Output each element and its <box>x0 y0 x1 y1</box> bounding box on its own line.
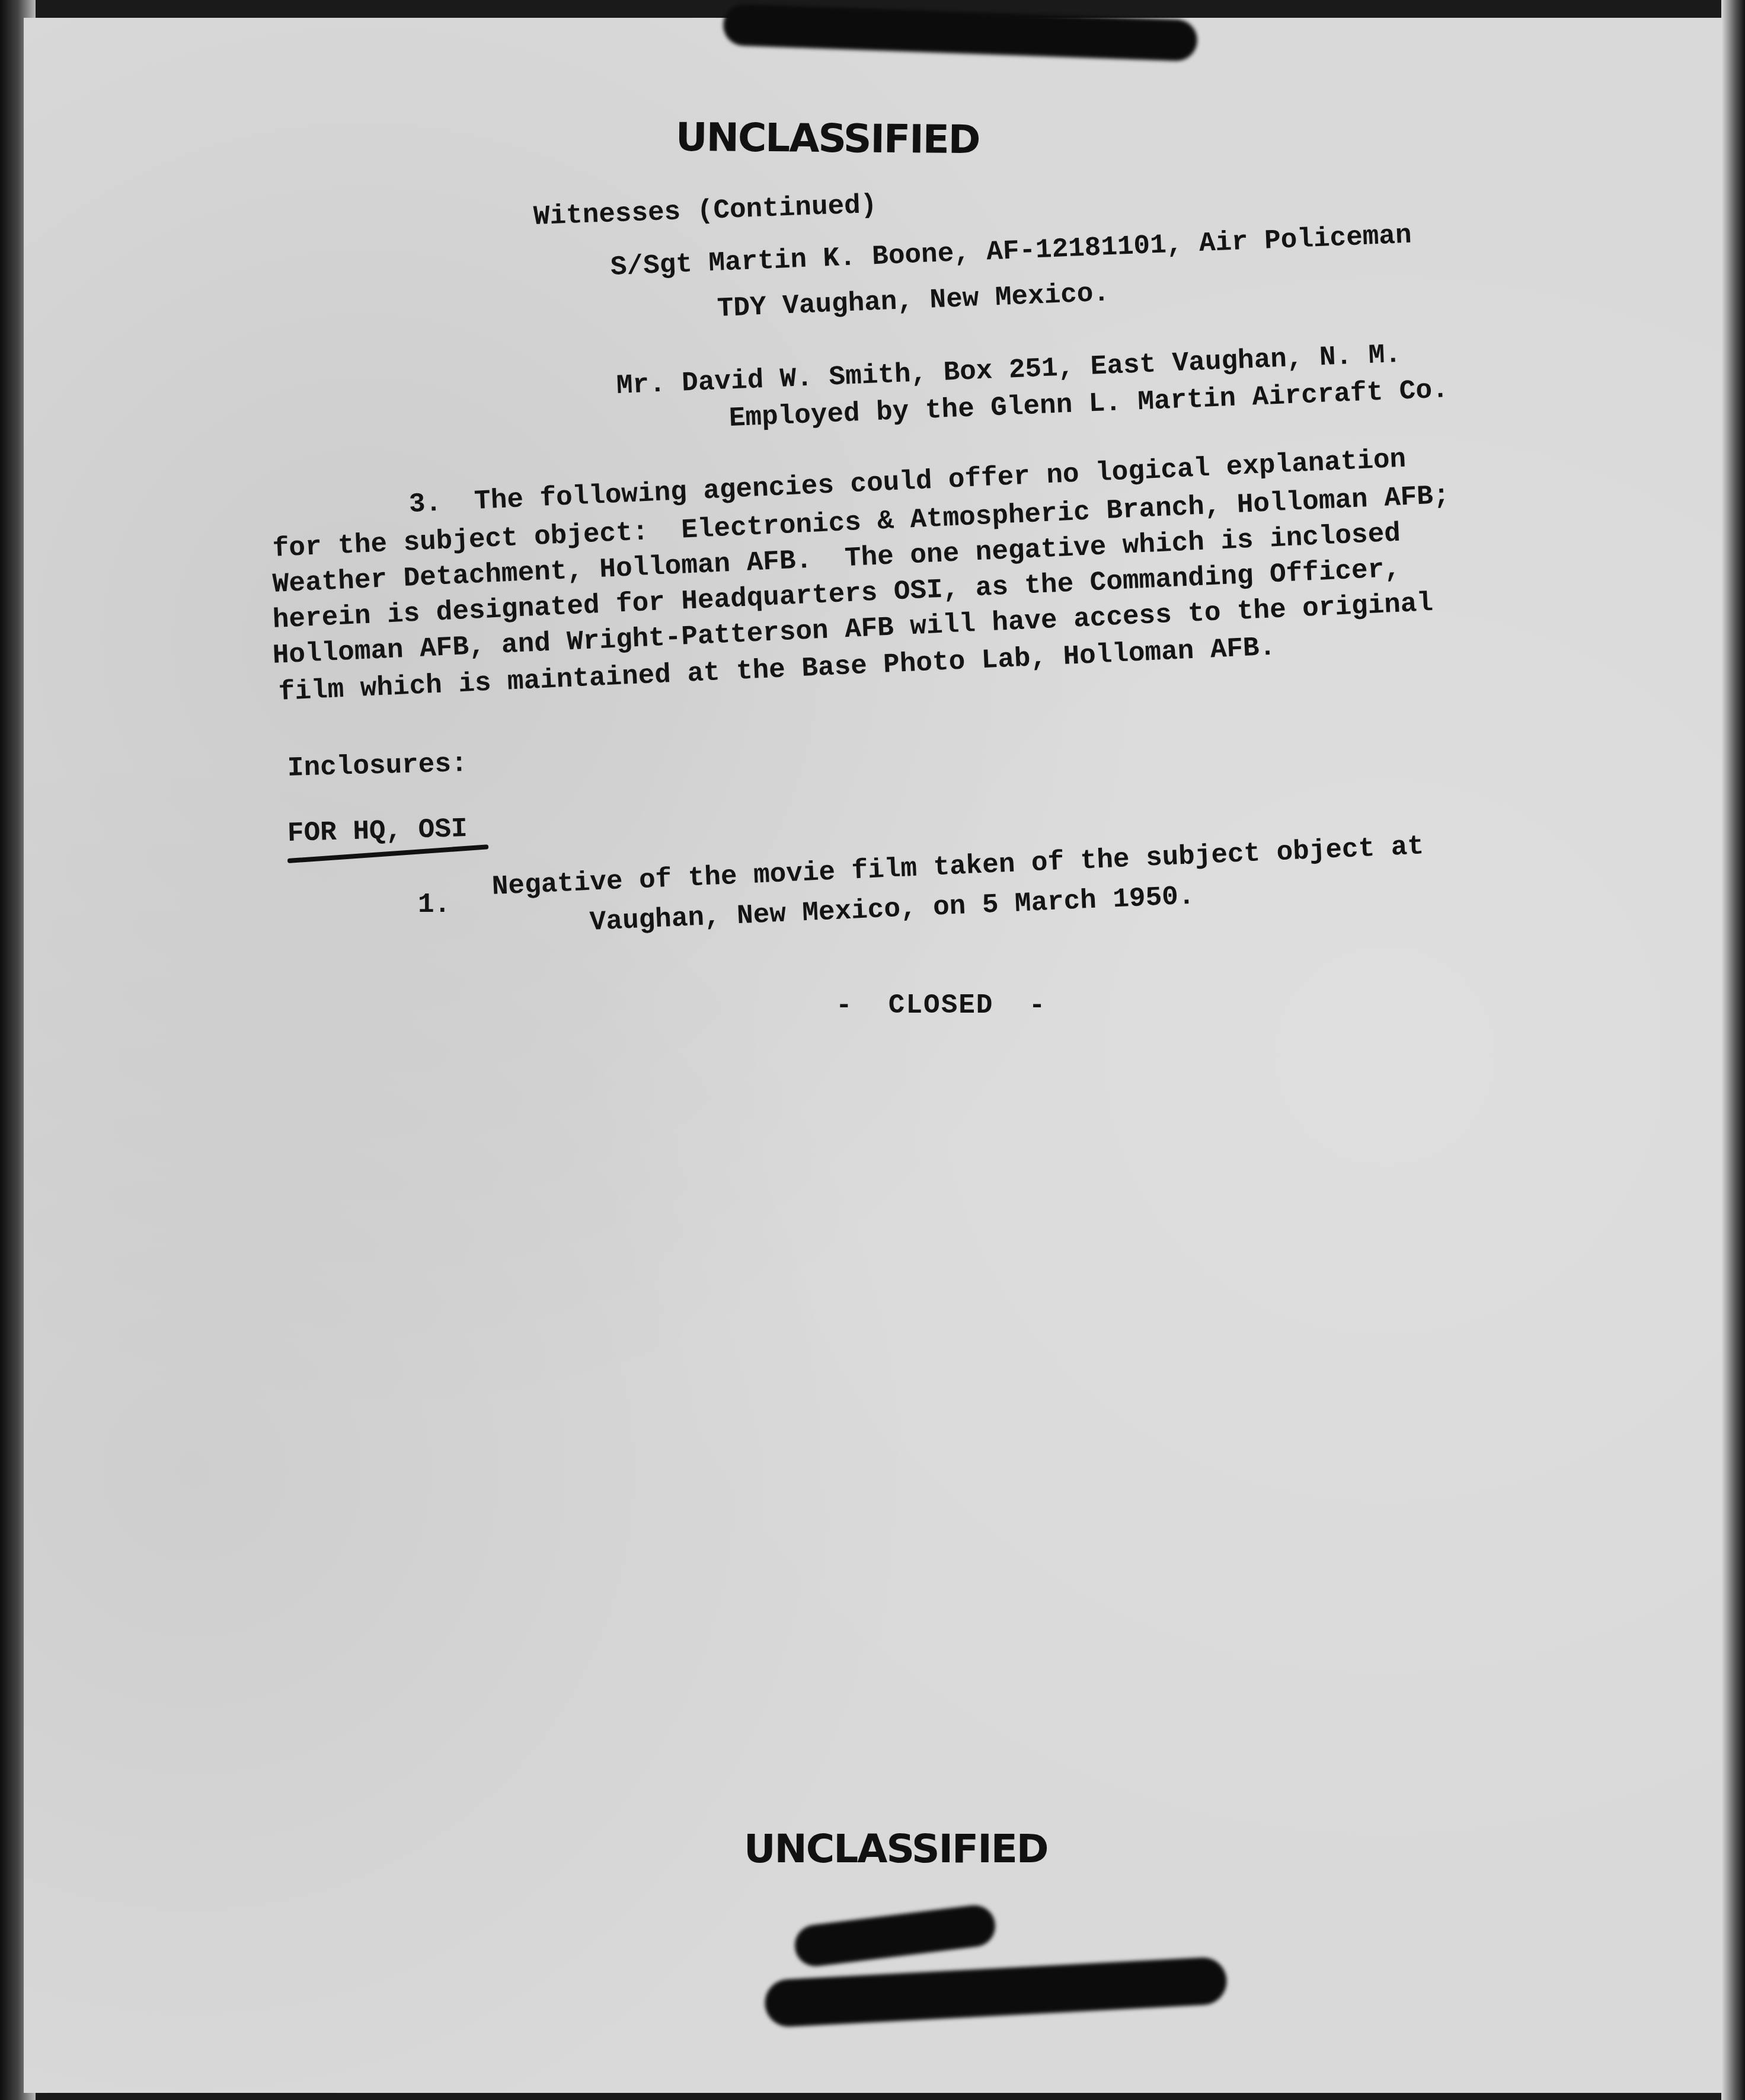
for-hq-osi-label: FOR HQ, OSI <box>287 813 468 849</box>
redaction-mark-top <box>723 4 1198 62</box>
witness-1-line-1: S/Sgt Martin K. Boone, AF-12181101, Air … <box>610 220 1412 283</box>
witnesses-heading: Witnesses (Continued) <box>533 190 877 232</box>
scan-edge-right <box>1721 0 1745 2100</box>
classification-stamp-top: UNCLASSIFIED <box>676 114 980 162</box>
redaction-mark-bottom-2 <box>763 1957 1228 2028</box>
document-page: UNCLASSIFIED Witnesses (Continued) S/Sgt… <box>24 18 1725 2093</box>
closing-marker: - CLOSED - <box>836 990 1046 1021</box>
redaction-mark-bottom-1 <box>792 1903 998 1969</box>
classification-stamp-bottom: UNCLASSIFIED <box>744 1826 1048 1872</box>
witness-1-line-2: TDY Vaughan, New Mexico. <box>717 277 1110 324</box>
inclosure-1-number: 1. <box>418 889 450 920</box>
inclosures-label: Inclosures: <box>287 748 468 784</box>
